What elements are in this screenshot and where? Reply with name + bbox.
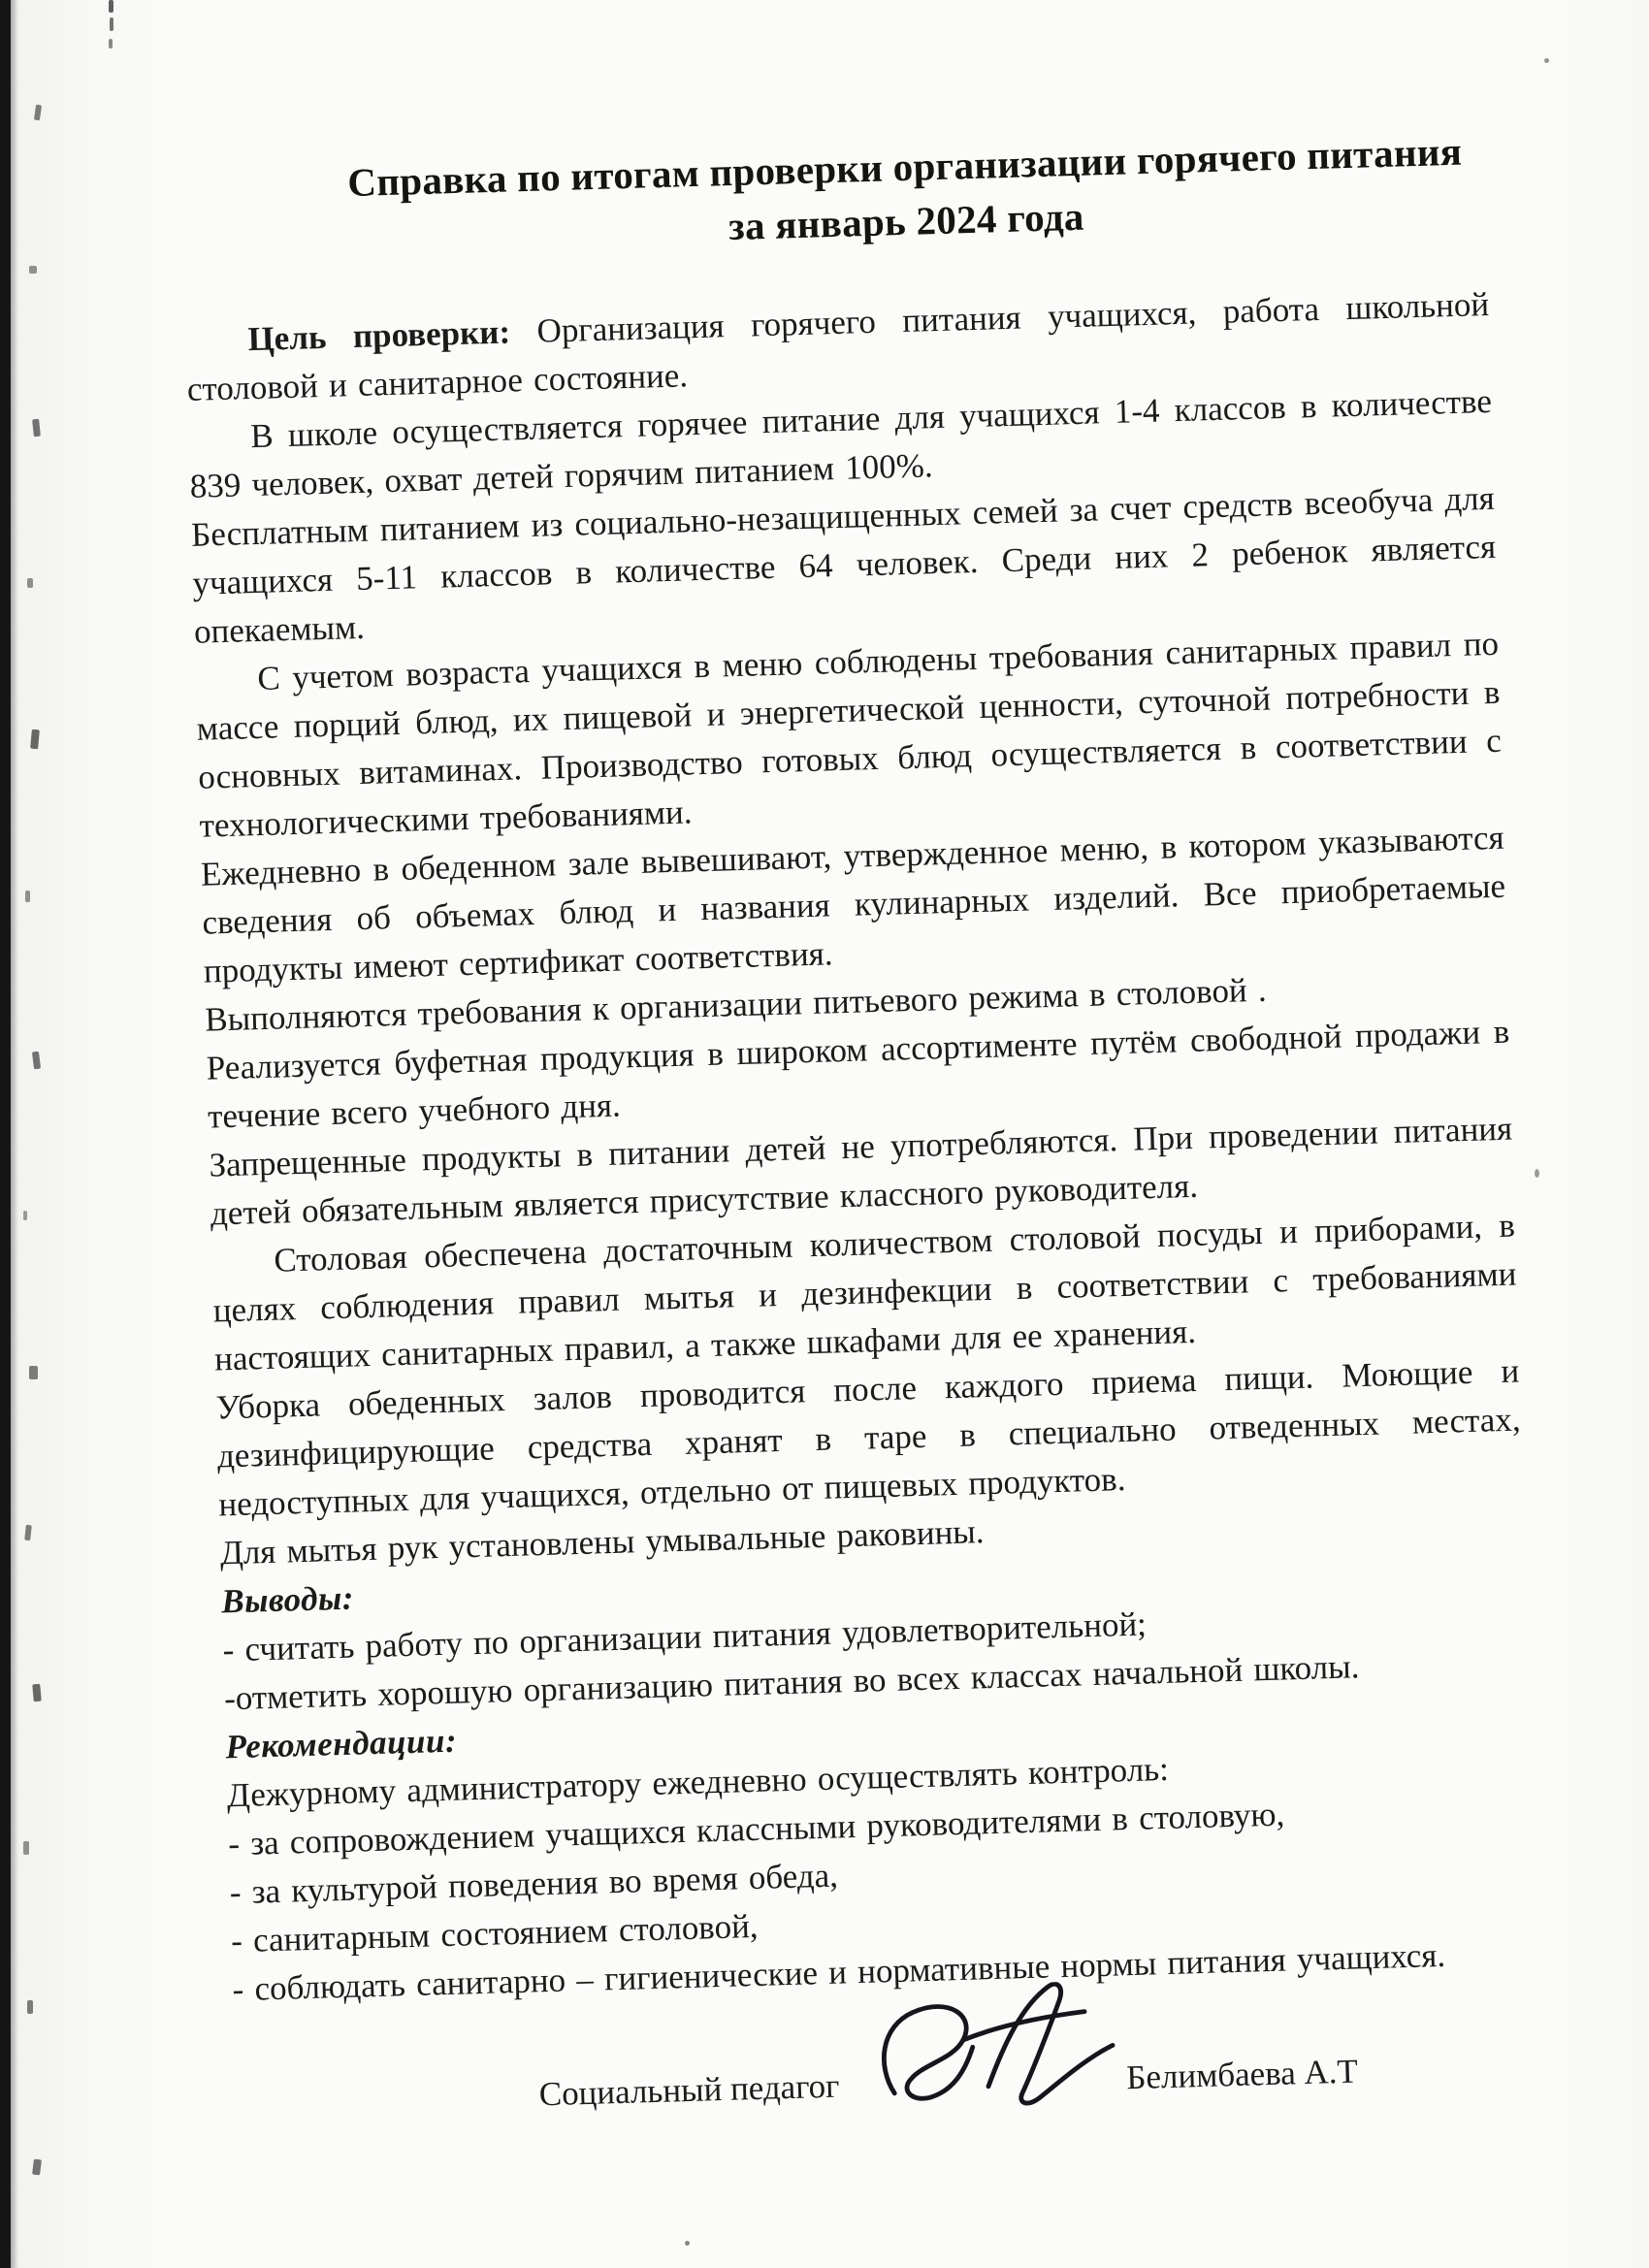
scan-speck — [29, 266, 37, 274]
scan-speck — [24, 1525, 32, 1541]
scan-speck — [27, 2000, 33, 2014]
scan-speck — [23, 1841, 29, 1855]
scan-speck — [32, 1052, 41, 1070]
scan-speck — [109, 39, 113, 49]
paragraph-menu-requirements: С учетом возраста учащихся в меню соблюд… — [195, 620, 1503, 851]
scan-speck — [110, 17, 113, 31]
scan-speck — [25, 891, 30, 902]
scan-edge-bar — [0, 0, 11, 2268]
scan-speck — [109, 0, 113, 13]
signature-role-label: Социальный педагог — [538, 2067, 840, 2115]
handwritten-signature — [851, 1980, 1146, 2123]
document-content: Справка по итогам проверки организации г… — [180, 123, 1539, 2148]
document-title: Справка по итогам проверки организации г… — [252, 121, 1559, 267]
scan-speck — [1544, 58, 1549, 63]
scan-speck — [1535, 1169, 1539, 1178]
paragraph-goal-lead: Цель проверки: — [247, 312, 511, 358]
scan-speck — [32, 419, 41, 437]
scan-speck — [23, 1211, 27, 1220]
scan-edge-shadow — [11, 0, 18, 2268]
scan-speck — [32, 1684, 42, 1702]
signature-name: Белимбаева А.Т — [1126, 2052, 1359, 2097]
scan-speck — [30, 729, 40, 750]
scan-speck — [685, 2241, 690, 2246]
scan-speck — [27, 578, 33, 588]
scan-speck — [29, 1366, 38, 1379]
document-body: Цель проверки: Организация горячего пита… — [185, 280, 1536, 2014]
scan-speck — [32, 2159, 42, 2176]
scanned-document-page: Справка по итогам проверки организации г… — [0, 0, 1649, 2268]
signature-block: Социальный педагог Белимбаева А.Т — [235, 2022, 1540, 2148]
scan-speck — [34, 105, 42, 121]
